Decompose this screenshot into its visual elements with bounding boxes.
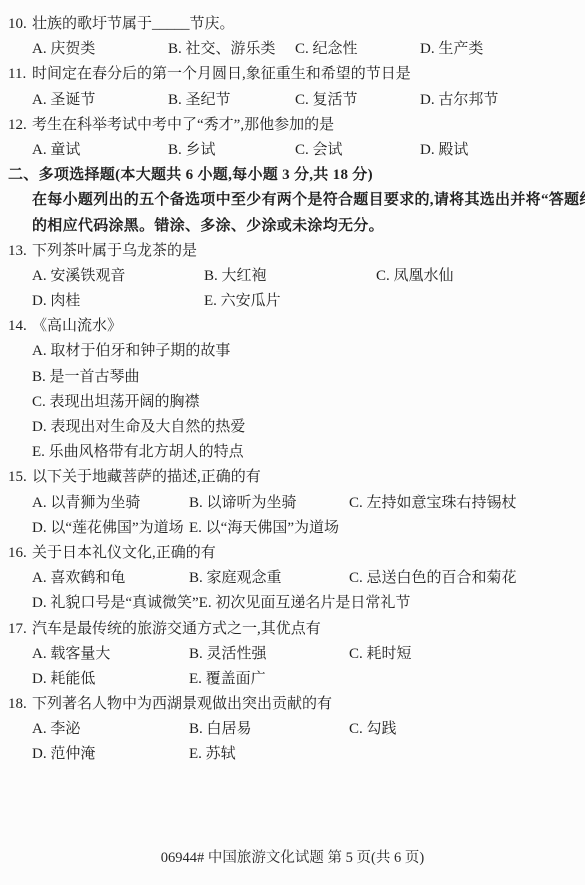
option: A. 童试 <box>32 138 168 163</box>
question-stem: 汽车是最传统的旅游交通方式之一,其优点有 <box>32 617 321 642</box>
option: B. 大红袍 <box>204 264 376 289</box>
option: B. 社交、游乐类 <box>168 37 295 62</box>
option: D. 生产类 <box>420 37 483 62</box>
option: A. 喜欢鹤和龟 <box>32 566 189 591</box>
option-row: A. 李泌B. 白居易C. 勾践 <box>8 717 579 742</box>
question-number: 18. <box>8 692 32 717</box>
option: E. 六安瓜片 <box>204 289 376 314</box>
question-stem: 《高山流水》 <box>32 314 122 339</box>
question-number: 11. <box>8 62 32 87</box>
option: E. 初次见面互递名片是日常礼节 <box>199 591 411 616</box>
question-stem-line: 13. 下列茶叶属于乌龙茶的是 <box>8 239 579 264</box>
question: 10. 壮族的歌圩节属于_____节庆。 A. 庆贺类B. 社交、游乐类C. 纪… <box>8 12 579 62</box>
option-row: C. 表现出坦荡开阔的胸襟 <box>8 390 579 415</box>
question-stem: 下列茶叶属于乌龙茶的是 <box>32 239 197 264</box>
option: E. 覆盖面广 <box>189 667 349 692</box>
question: 11. 时间定在春分后的第一个月圆日,象征重生和希望的节日是 A. 圣诞节B. … <box>8 62 579 112</box>
option-row: B. 是一首古琴曲 <box>8 365 579 390</box>
option-row: A. 载客量大B. 灵活性强C. 耗时短 <box>8 642 579 667</box>
option: C. 纪念性 <box>295 37 420 62</box>
option-row: A. 取材于伯牙和钟子期的故事 <box>8 339 579 364</box>
question-stem: 下列著名人物中为西湖景观做出突出贡献的有 <box>32 692 332 717</box>
question-stem-line: 17. 汽车是最传统的旅游交通方式之一,其优点有 <box>8 617 579 642</box>
option: E. 乐曲风格带有北方胡人的特点 <box>32 440 244 465</box>
question-stem-line: 18. 下列著名人物中为西湖景观做出突出贡献的有 <box>8 692 579 717</box>
option: B. 家庭观念重 <box>189 566 349 591</box>
question-stem-line: 15. 以下关于地藏菩萨的描述,正确的有 <box>8 465 579 490</box>
page-footer: 06944# 中国旅游文化试题 第 5 页(共 6 页) <box>0 846 585 867</box>
question: 16. 关于日本礼仪文化,正确的有 A. 喜欢鹤和龟B. 家庭观念重C. 忌送白… <box>8 541 579 617</box>
exam-paper-page: 10. 壮族的歌圩节属于_____节庆。 A. 庆贺类B. 社交、游乐类C. 纪… <box>0 0 585 885</box>
question-stem-line: 10. 壮族的歌圩节属于_____节庆。 <box>8 12 579 37</box>
instruction-line: 的相应代码涂黑。错涂、多涂、少涂或未涂均无分。 <box>8 214 579 239</box>
option-row: A. 童试B. 乡试C. 会试D. 殿试 <box>8 138 579 163</box>
instruction-line: 在每小题列出的五个备选项中至少有两个是符合题目要求的,请将其选出并将“答题纸” <box>8 188 579 213</box>
option-row: A. 以青狮为坐骑B. 以谛听为坐骑C. 左持如意宝珠右持锡杖 <box>8 491 579 516</box>
option: C. 耗时短 <box>349 642 412 667</box>
question-stem-line: 16. 关于日本礼仪文化,正确的有 <box>8 541 579 566</box>
option: B. 白居易 <box>189 717 349 742</box>
option-row: D. 耗能低E. 覆盖面广 <box>8 667 579 692</box>
option: A. 载客量大 <box>32 642 189 667</box>
option: C. 凤凰水仙 <box>376 264 454 289</box>
option: C. 会试 <box>295 138 420 163</box>
question: 17. 汽车是最传统的旅游交通方式之一,其优点有 A. 载客量大B. 灵活性强C… <box>8 617 579 693</box>
option: D. 以“莲花佛国”为道场 <box>32 516 189 541</box>
option-row: A. 庆贺类B. 社交、游乐类C. 纪念性D. 生产类 <box>8 37 579 62</box>
option: D. 表现出对生命及大自然的热爱 <box>32 415 245 440</box>
option: A. 圣诞节 <box>32 88 168 113</box>
option: C. 勾践 <box>349 717 397 742</box>
option: D. 殿试 <box>420 138 468 163</box>
option: E. 苏轼 <box>189 742 349 767</box>
option-row: D. 表现出对生命及大自然的热爱 <box>8 415 579 440</box>
option: C. 复活节 <box>295 88 420 113</box>
question-number: 17. <box>8 617 32 642</box>
option: C. 左持如意宝珠右持锡杖 <box>349 491 517 516</box>
question-stem: 以下关于地藏菩萨的描述,正确的有 <box>32 465 261 490</box>
question-stem: 时间定在春分后的第一个月圆日,象征重生和希望的节日是 <box>32 62 411 87</box>
question-stem: 关于日本礼仪文化,正确的有 <box>32 541 216 566</box>
question-stem-line: 11. 时间定在春分后的第一个月圆日,象征重生和希望的节日是 <box>8 62 579 87</box>
question-stem: 壮族的歌圩节属于_____节庆。 <box>32 12 235 37</box>
question: 13. 下列茶叶属于乌龙茶的是 A. 安溪铁观音B. 大红袍C. 凤凰水仙D. … <box>8 239 579 315</box>
question-stem-line: 14. 《高山流水》 <box>8 314 579 339</box>
question: 15. 以下关于地藏菩萨的描述,正确的有 A. 以青狮为坐骑B. 以谛听为坐骑C… <box>8 465 579 541</box>
option: A. 以青狮为坐骑 <box>32 491 189 516</box>
question-number: 14. <box>8 314 32 339</box>
option: D. 范仲淹 <box>32 742 189 767</box>
option: D. 肉桂 <box>32 289 204 314</box>
question-number: 10. <box>8 12 32 37</box>
question: 14. 《高山流水》 A. 取材于伯牙和钟子期的故事B. 是一首古琴曲C. 表现… <box>8 314 579 465</box>
option-row: A. 喜欢鹤和龟B. 家庭观念重C. 忌送白色的百合和菊花 <box>8 566 579 591</box>
option: A. 庆贺类 <box>32 37 168 62</box>
question-number: 15. <box>8 465 32 490</box>
option: A. 李泌 <box>32 717 189 742</box>
question-number: 12. <box>8 113 32 138</box>
option: E. 以“海天佛国”为道场 <box>189 516 349 541</box>
option-row: D. 肉桂E. 六安瓜片 <box>8 289 579 314</box>
option: B. 乡试 <box>168 138 295 163</box>
option: C. 忌送白色的百合和菊花 <box>349 566 517 591</box>
question-stem: 考生在科举考试中考中了“秀才”,那他参加的是 <box>32 113 334 138</box>
option: B. 以谛听为坐骑 <box>189 491 349 516</box>
option-row: A. 圣诞节B. 圣纪节C. 复活节D. 古尔邦节 <box>8 88 579 113</box>
question-number: 16. <box>8 541 32 566</box>
option: B. 圣纪节 <box>168 88 295 113</box>
option: A. 取材于伯牙和钟子期的故事 <box>32 339 230 364</box>
option: B. 是一首古琴曲 <box>32 365 140 390</box>
question: 18. 下列著名人物中为西湖景观做出突出贡献的有 A. 李泌B. 白居易C. 勾… <box>8 692 579 768</box>
section-heading: 二、多项选择题(本大题共 6 小题,每小题 3 分,共 18 分) <box>8 163 579 188</box>
question-number: 13. <box>8 239 32 264</box>
multiple-choice-questions: 13. 下列茶叶属于乌龙茶的是 A. 安溪铁观音B. 大红袍C. 凤凰水仙D. … <box>8 239 579 768</box>
option: D. 耗能低 <box>32 667 189 692</box>
option: D. 礼貌口号是“真诚微笑” <box>32 591 199 616</box>
option: D. 古尔邦节 <box>420 88 498 113</box>
question: 12. 考生在科举考试中考中了“秀才”,那他参加的是 A. 童试B. 乡试C. … <box>8 113 579 163</box>
option-row: D. 范仲淹E. 苏轼 <box>8 742 579 767</box>
option-row: D. 礼貌口号是“真诚微笑”E. 初次见面互递名片是日常礼节 <box>8 591 579 616</box>
option-row: E. 乐曲风格带有北方胡人的特点 <box>8 440 579 465</box>
option: C. 表现出坦荡开阔的胸襟 <box>32 390 200 415</box>
option-row: A. 安溪铁观音B. 大红袍C. 凤凰水仙 <box>8 264 579 289</box>
option-row: D. 以“莲花佛国”为道场E. 以“海天佛国”为道场 <box>8 516 579 541</box>
question-stem-line: 12. 考生在科举考试中考中了“秀才”,那他参加的是 <box>8 113 579 138</box>
option: A. 安溪铁观音 <box>32 264 204 289</box>
single-choice-questions: 10. 壮族的歌圩节属于_____节庆。 A. 庆贺类B. 社交、游乐类C. 纪… <box>8 12 579 163</box>
option: B. 灵活性强 <box>189 642 349 667</box>
